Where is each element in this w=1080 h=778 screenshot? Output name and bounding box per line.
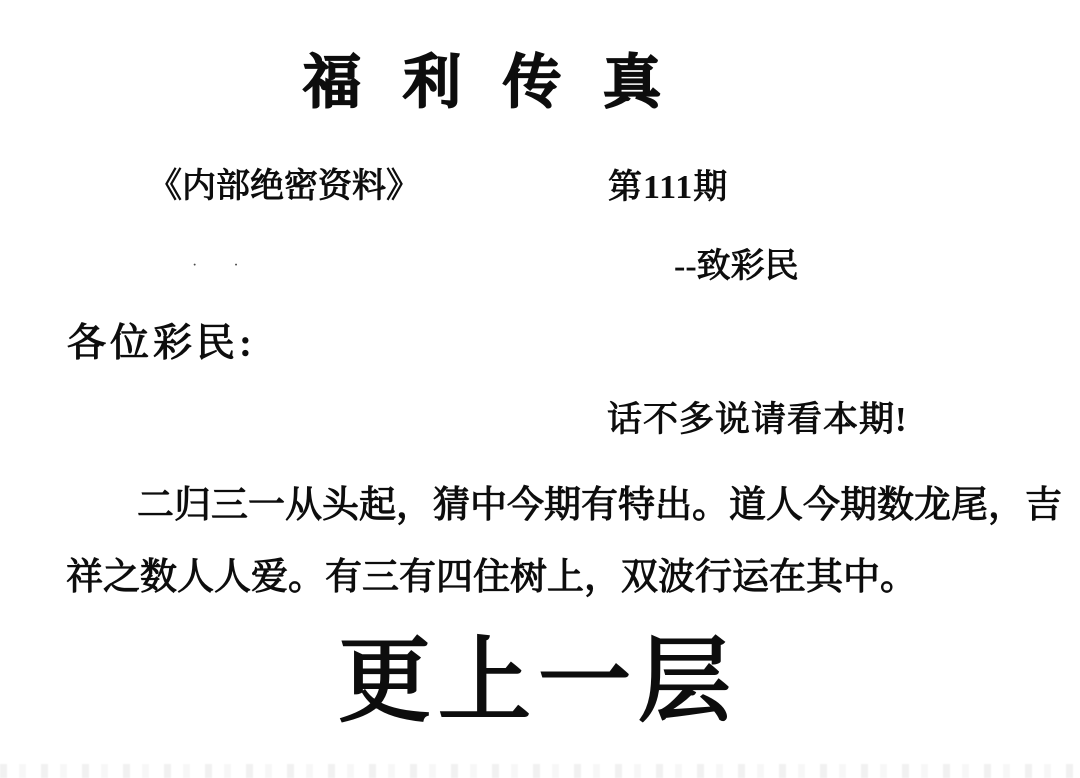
fax-document-page: 福利传真 《内部绝密资料》 第111期 · · --致彩民 各位彩民: 话不多说… xyxy=(0,0,1080,778)
document-title: 福利传真 xyxy=(303,54,703,112)
verse-line-2: 祥之数人人爱。有三有四住树上，双波行运在其中。 xyxy=(66,559,917,596)
scan-stray-dots: · · xyxy=(192,258,255,274)
dedication-line: --致彩民 xyxy=(674,250,799,284)
salutation-line: 各位彩民: xyxy=(67,324,256,363)
intro-line: 话不多说请看本期! xyxy=(607,402,908,437)
footer-phrase: 更上一层 xyxy=(338,636,738,729)
verse-line-1: 二归三一从头起，猜中今期有特出。道人今期数龙尾，吉 xyxy=(137,487,1062,524)
scan-noise-band xyxy=(0,764,1080,778)
issue-number: 第111期 xyxy=(608,171,728,205)
classification-label: 《内部绝密资料》 xyxy=(148,170,420,204)
